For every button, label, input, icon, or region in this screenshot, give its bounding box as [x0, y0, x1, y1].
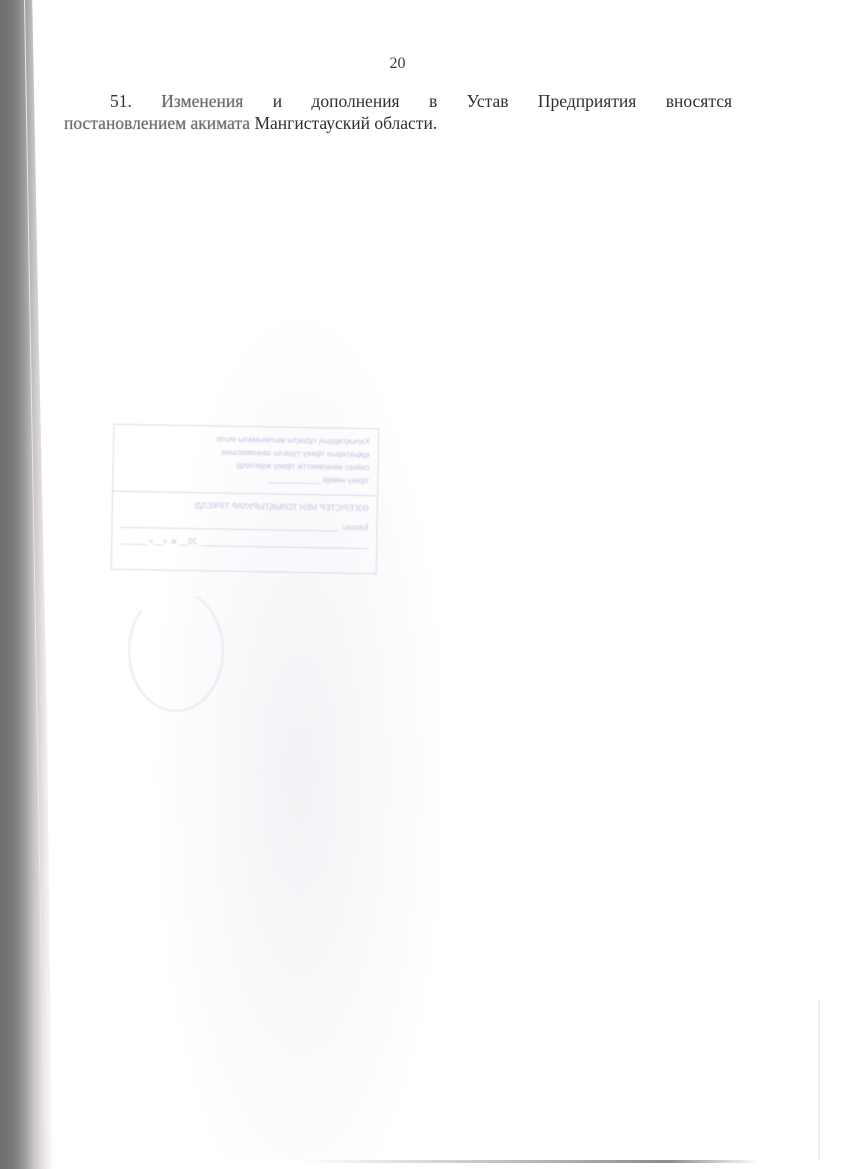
page-number: 20 [0, 55, 795, 73]
clause-line-1: 51. Изменения и дополнения в Устав Предп… [64, 90, 732, 112]
stamp-date-blank [201, 535, 369, 549]
faded-word: Изменения [161, 91, 243, 111]
bottom-page-edge [300, 1160, 760, 1163]
clause-51: 51. Изменения и дополнения в Устав Предп… [64, 90, 732, 134]
clause-text: и дополнения в Устав Предприятия вносятс… [273, 91, 732, 111]
stamp-divider [113, 491, 377, 497]
stamp-heading: ӨЗГЕРІСТЕР МЕН ТОЛЫҚТЫРУЛАР ТІРКЕЛДІ [121, 498, 369, 515]
clause-text-end: Мангистауский области. [254, 113, 437, 133]
stamp-signature-field: Басшы [120, 517, 368, 532]
binding-shadow [0, 0, 52, 1169]
stamp-signature-blank [120, 517, 338, 532]
right-page-edge [818, 1000, 820, 1160]
bleed-through-registration-stamp: Халықтардың тұрақты жылжымалы мүлік құқы… [111, 424, 380, 575]
stamp-signature-label: Басшы [343, 523, 369, 532]
clause-number: 51. [110, 91, 132, 111]
faded-words: постановлением акимата [64, 113, 250, 133]
bleed-through-round-seal [128, 590, 224, 712]
stamp-date-field: 20__ ж. «__» ______ [120, 534, 368, 549]
stamp-date-label: 20__ ж. «__» ______ [120, 536, 197, 546]
